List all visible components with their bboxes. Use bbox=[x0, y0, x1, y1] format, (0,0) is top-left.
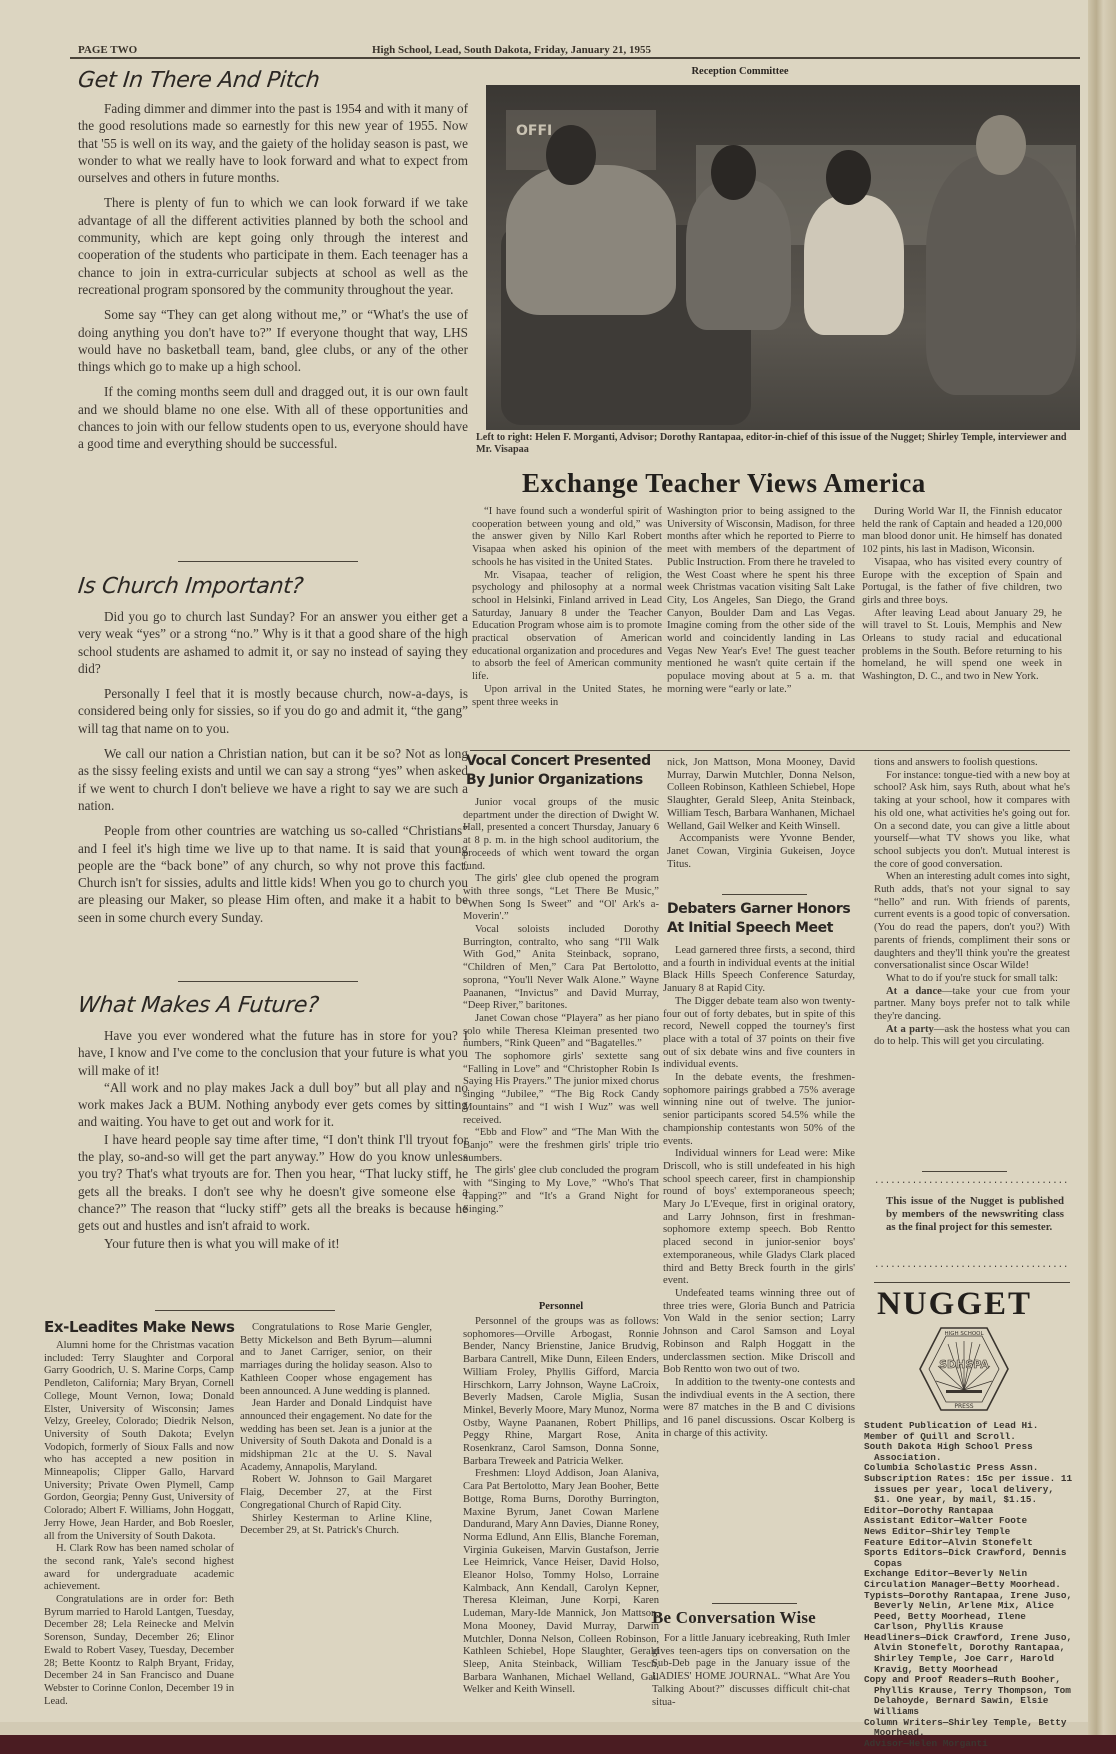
paragraph: Accompanists were Yvonne Bender, Janet C… bbox=[667, 833, 855, 871]
ex-leadites-col1: Alumni home for the Christmas vacation i… bbox=[44, 1340, 234, 1725]
masthead-line: News Editor—Shirley Temple bbox=[864, 1527, 1074, 1538]
header-rule bbox=[70, 57, 1080, 59]
paragraph: Have you ever wondered what the future h… bbox=[78, 1027, 468, 1079]
section-divider bbox=[178, 561, 358, 562]
masthead-line: Copy and Proof Readers—Ruth Booher, Phyl… bbox=[864, 1675, 1074, 1717]
paragraph: Personnel of the groups was as follows: … bbox=[463, 1316, 659, 1468]
paragraph: The girls' glee club opened the program … bbox=[463, 873, 659, 924]
editorial-title-pitch: Get In There And Pitch bbox=[77, 68, 321, 93]
paragraph: Undefeated teams winning three out of th… bbox=[663, 1288, 855, 1377]
personnel-heading: Personnel bbox=[463, 1301, 659, 1312]
debaters-body: Lead garnered three firsts, a second, th… bbox=[663, 945, 855, 1440]
section-divider bbox=[874, 1282, 1070, 1283]
vocal-concert-body: Junior vocal groups of the music departm… bbox=[463, 797, 659, 1216]
paragraph: I have heard people say time after time,… bbox=[78, 1131, 468, 1235]
sign-text: OFFI bbox=[516, 123, 552, 139]
paragraph: Fading dimmer and dimmer into the past i… bbox=[78, 100, 468, 186]
paragraph: Congratulations are in order for: Beth B… bbox=[44, 1594, 234, 1708]
reception-committee-photo: OFFI bbox=[486, 85, 1080, 430]
ex-leadites-col2: Congratulations to Rose Marie Gengler, B… bbox=[240, 1322, 432, 1722]
press-seal-icon: SDHSPA HIGH SCHOOL PRESS bbox=[918, 1326, 1010, 1412]
masthead-line: Circulation Manager—Betty Moorhead. bbox=[864, 1580, 1074, 1591]
paragraph: “All work and no play makes Jack a dull … bbox=[78, 1079, 468, 1131]
paragraph: Personally I feel that it is mostly beca… bbox=[78, 685, 468, 737]
dotted-rule: ........................................… bbox=[874, 1260, 1070, 1270]
paragraph: Janet Cowan chose “Playera” as her piano… bbox=[463, 1013, 659, 1051]
svg-text:SDHSPA: SDHSPA bbox=[939, 1358, 989, 1371]
editorial-title-church: Is Church Important? bbox=[77, 574, 305, 599]
paragraph: The sophomore girls' sextette sang “Fall… bbox=[463, 1051, 659, 1127]
dotted-rule: ........................................… bbox=[874, 1176, 1070, 1186]
exchange-teacher-headline: Exchange Teacher Views America bbox=[522, 468, 926, 499]
vocal-concert-headline: Vocal Concert Presented By Junior Organi… bbox=[466, 752, 661, 790]
tip: At a party—ask the hostess what you can … bbox=[874, 1024, 1070, 1049]
paragraph: Jean Harder and Donald Lindquist have an… bbox=[240, 1398, 432, 1474]
paragraph: If the coming months seem dull and dragg… bbox=[78, 383, 468, 452]
masthead-line: South Dakota High School Press Associati… bbox=[864, 1442, 1074, 1463]
paragraph: In the debate events, the freshmen-sopho… bbox=[663, 1072, 855, 1148]
conversation-headline: Be Conversation Wise bbox=[652, 1608, 816, 1628]
paragraph: “I have found such a wonderful spirit of… bbox=[472, 506, 662, 570]
exchange-col1: “I have found such a wonderful spirit of… bbox=[472, 506, 662, 709]
paragraph: Washington prior to being assigned to th… bbox=[667, 506, 855, 697]
tip-lead: At a dance bbox=[886, 986, 942, 997]
paragraph: “Ebb and Flow” and “The Man With the Ban… bbox=[463, 1127, 659, 1165]
paragraph: Some say “They can get along without me,… bbox=[78, 306, 468, 375]
person-visapaa bbox=[926, 155, 1076, 395]
sdhspa-seal: SDHSPA HIGH SCHOOL PRESS bbox=[918, 1326, 1010, 1412]
photo-title: Reception Committee bbox=[640, 66, 840, 77]
ex-leadites-title: Ex-Leadites Make News bbox=[44, 1318, 235, 1337]
paragraph: Alumni home for the Christmas vacation i… bbox=[44, 1340, 234, 1543]
tip-lead: At a party bbox=[886, 1024, 934, 1035]
tip: At a dance—take your cue from your partn… bbox=[874, 986, 1070, 1024]
person-rantapaa bbox=[686, 180, 791, 330]
paragraph: We call our nation a Christian nation, b… bbox=[78, 745, 468, 814]
person-head bbox=[976, 115, 1026, 175]
paragraph: Upon arrival in the United States, he sp… bbox=[472, 684, 662, 709]
masthead-title: NUGGET bbox=[877, 1286, 1032, 1323]
paragraph: tions and answers to foolish questions. bbox=[874, 757, 1070, 770]
section-divider bbox=[178, 981, 358, 982]
paragraph: Robert W. Johnson to Gail Margaret Flaig… bbox=[240, 1474, 432, 1512]
section-divider bbox=[722, 894, 807, 895]
paragraph: Did you go to church last Sunday? For an… bbox=[78, 608, 468, 677]
conversation-body-left: For a little January icebreaking, Ruth I… bbox=[652, 1633, 850, 1709]
masthead-line: Subscription Rates: 15c per issue. 11 is… bbox=[864, 1474, 1074, 1506]
masthead-line: Typists—Dorothy Rantapaa, Irene Juso, Be… bbox=[864, 1591, 1074, 1633]
editorial-pitch-body: Fading dimmer and dimmer into the past i… bbox=[78, 100, 468, 461]
paragraph: Mr. Visapaa, teacher of religion, psycho… bbox=[472, 570, 662, 684]
exchange-col2: Washington prior to being assigned to th… bbox=[667, 506, 855, 697]
svg-text:PRESS: PRESS bbox=[954, 1403, 973, 1410]
editorial-title-future: What Makes A Future? bbox=[77, 993, 320, 1018]
editorial-future-body: Have you ever wondered what the future h… bbox=[78, 1027, 468, 1252]
conversation-body-right: tions and answers to foolish questions. … bbox=[874, 757, 1070, 1049]
svg-text:HIGH SCHOOL: HIGH SCHOOL bbox=[944, 1331, 984, 1337]
paragraph: People from other countries are watching… bbox=[78, 822, 468, 926]
paragraph: Congratulations to Rose Marie Gengler, B… bbox=[240, 1322, 432, 1398]
personnel-continued: nick, Jon Mattson, Mona Mooney, David Mu… bbox=[667, 757, 855, 871]
paragraph: During World War II, the Finnish educato… bbox=[862, 506, 1062, 557]
paragraph: nick, Jon Mattson, Mona Mooney, David Mu… bbox=[667, 757, 855, 833]
paragraph: For a little January icebreaking, Ruth I… bbox=[652, 1633, 850, 1709]
paragraph: There is plenty of fun to which we can l… bbox=[78, 194, 468, 298]
person-temple bbox=[804, 195, 904, 335]
paragraph: Freshmen: Lloyd Addison, Joan Alaniva, C… bbox=[463, 1468, 659, 1697]
exchange-col3: During World War II, the Finnish educato… bbox=[862, 506, 1062, 684]
paragraph: Lead garnered three firsts, a second, th… bbox=[663, 945, 855, 996]
paragraph: For instance: tongue-tied with a new boy… bbox=[874, 770, 1070, 872]
masthead-line: Sports Editors—Dick Crawford, Dennis Cop… bbox=[864, 1548, 1074, 1569]
paragraph: The Digger debate team also won twenty-f… bbox=[663, 996, 855, 1072]
paragraph: Junior vocal groups of the music departm… bbox=[463, 797, 659, 873]
editorial-church-body: Did you go to church last Sunday? For an… bbox=[78, 608, 468, 934]
section-divider bbox=[922, 1171, 1007, 1172]
masthead-line: Advisor—Helen Morganti bbox=[864, 1739, 1074, 1750]
paragraph: H. Clark Row has been named scholar of t… bbox=[44, 1543, 234, 1594]
binding-spine bbox=[1088, 0, 1116, 1754]
paragraph: Shirley Kesterman to Arline Kline, Decem… bbox=[240, 1513, 432, 1538]
masthead-line: Student Publication of Lead Hi. bbox=[864, 1421, 1074, 1432]
masthead-line: Headliners—Dick Crawford, Irene Juso, Al… bbox=[864, 1633, 1074, 1675]
issue-note: This issue of the Nugget is published by… bbox=[886, 1195, 1064, 1234]
masthead-staff: Student Publication of Lead Hi. Member o… bbox=[864, 1421, 1074, 1749]
section-divider bbox=[712, 1603, 797, 1604]
paragraph: Individual winners for Lead were: Mike D… bbox=[663, 1148, 855, 1288]
paragraph: In addition to the twenty-one contests a… bbox=[663, 1377, 855, 1441]
person-head bbox=[711, 145, 756, 200]
page-folio: PAGE TWO bbox=[78, 44, 137, 56]
photo-caption: Left to right: Helen F. Morganti, Adviso… bbox=[476, 432, 1076, 456]
paragraph: Vocal soloists included Dorothy Burringt… bbox=[463, 924, 659, 1013]
masthead-line: Column Writers—Shirley Temple, Betty Moo… bbox=[864, 1718, 1074, 1739]
personnel-list: Personnel of the groups was as follows: … bbox=[463, 1316, 659, 1726]
section-divider bbox=[470, 750, 1070, 751]
paragraph: Visapaa, who has visited every country o… bbox=[862, 557, 1062, 608]
dateline: High School, Lead, South Dakota, Friday,… bbox=[372, 44, 651, 56]
person-head bbox=[546, 125, 596, 185]
paragraph: After leaving Lead about January 29, he … bbox=[862, 608, 1062, 684]
person-head bbox=[826, 150, 871, 205]
paragraph: When an interesting adult comes into sig… bbox=[874, 871, 1070, 973]
person-morganti bbox=[506, 165, 676, 315]
paragraph: Your future then is what you will make o… bbox=[78, 1235, 468, 1252]
section-divider bbox=[155, 1310, 335, 1311]
paragraph: The girls' glee club concluded the progr… bbox=[463, 1165, 659, 1216]
paragraph: What to do if you're stuck for small tal… bbox=[874, 973, 1070, 986]
debaters-headline: Debaters Garner Honors At Initial Speech… bbox=[667, 900, 862, 938]
